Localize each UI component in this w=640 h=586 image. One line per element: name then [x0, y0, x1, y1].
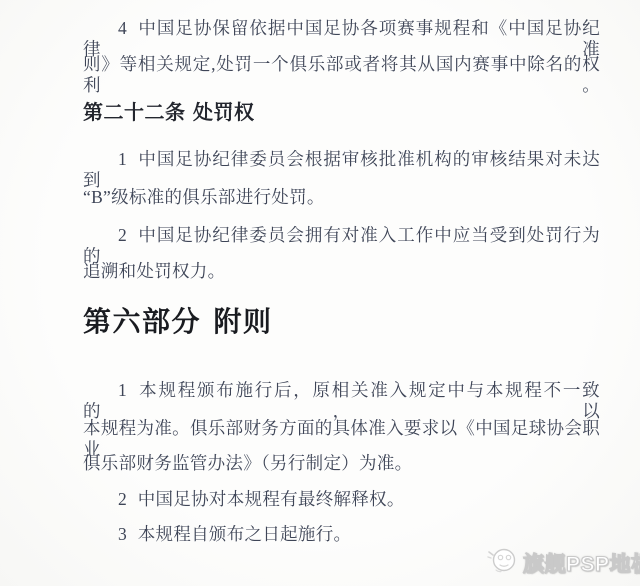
- document-text-line: 3 本规程自颁布之日起施行。: [83, 524, 600, 545]
- document-text-column: 4 中国足协保留依据中国足协各项赛事规程和《中国足协纪律准 则》等相关规定,处罚…: [83, 0, 600, 586]
- document-text-line: “B”级标准的俱乐部进行处罚。: [83, 187, 600, 208]
- document-text-line: 俱乐部财务监管办法》（另行制定）为准。: [83, 453, 600, 474]
- document-text-line: 追溯和处罚权力。: [83, 261, 600, 282]
- part-6-heading: 第六部分 附则: [83, 306, 600, 340]
- watermark-text: 旗舰PSP地板: [523, 548, 640, 578]
- watermark: 旗舰PSP地板: [486, 544, 640, 581]
- mascot-logo-icon: [486, 544, 518, 581]
- document-text-line: 1 本规程颁布施行后，原相关准入规定中与本规程不一致的，以: [83, 380, 600, 422]
- article-22-heading: 第二十二条 处罚权: [83, 101, 600, 125]
- document-text-line: 2 中国足协对本规程有最终解释权。: [83, 489, 600, 510]
- document-text-line: 1 中国足协纪律委员会根据审核批准机构的审核结果对未达到: [83, 149, 600, 191]
- document-page: 4 中国足协保留依据中国足协各项赛事规程和《中国足协纪律准 则》等相关规定,处罚…: [0, 0, 640, 586]
- document-text-line: 则》等相关规定,处罚一个俱乐部或者将其从国内赛事中除名的权利。: [83, 54, 600, 96]
